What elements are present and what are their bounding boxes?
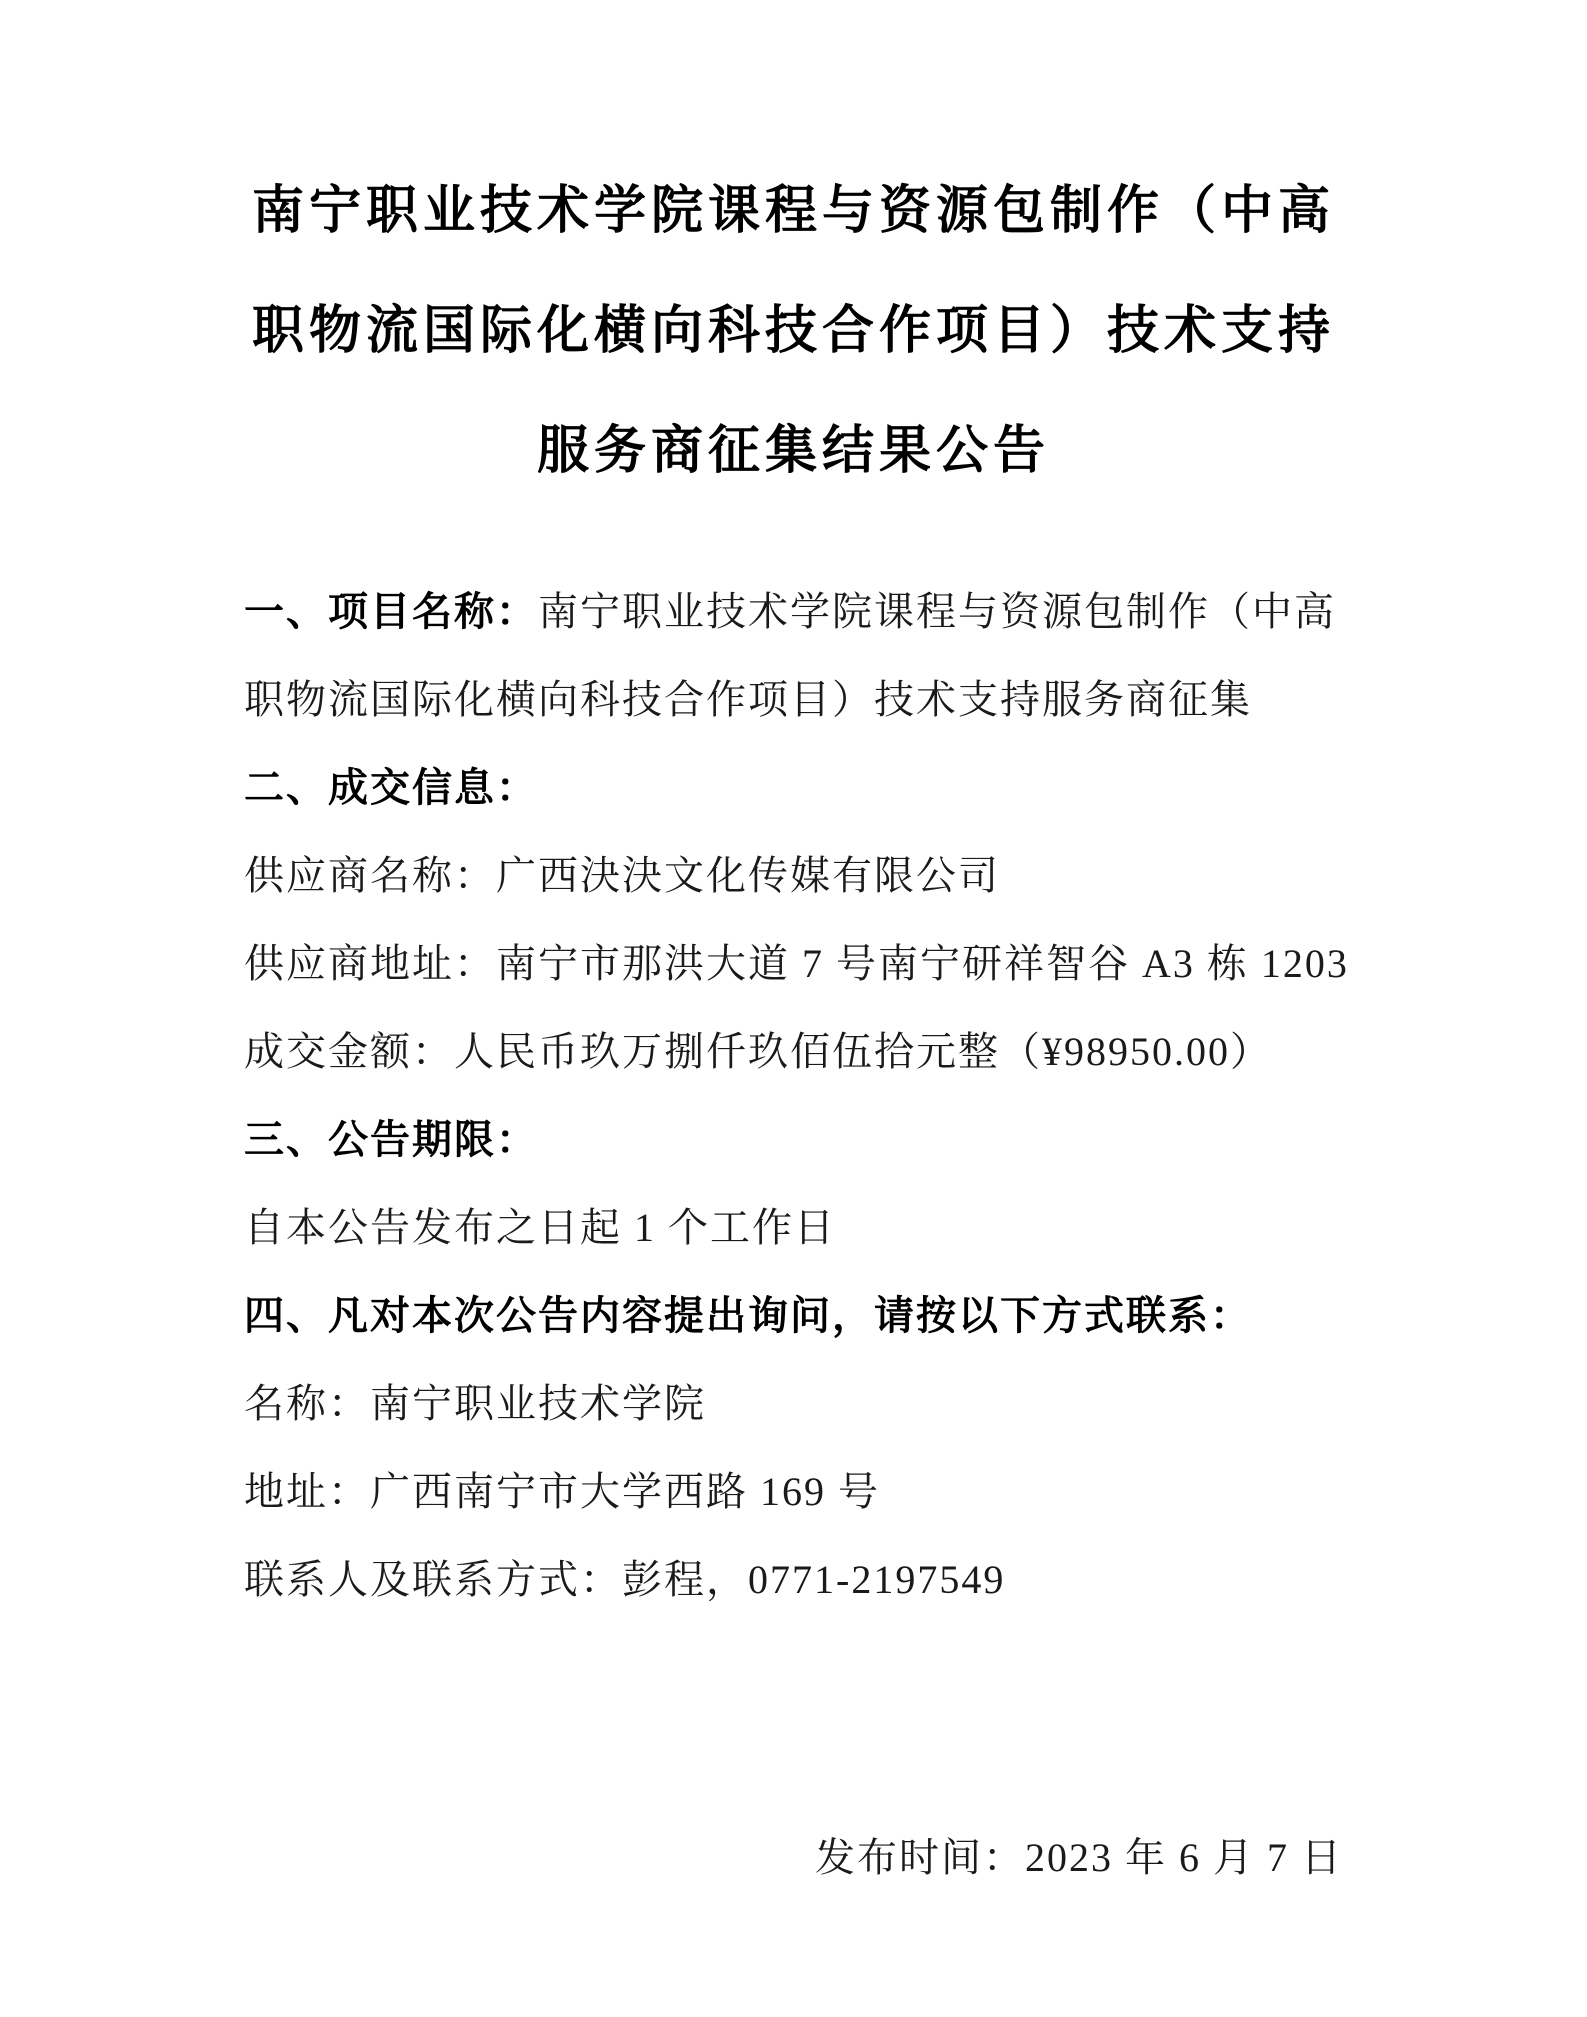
document-page: { "document": { "title_lines": [ "南宁职业技术… bbox=[0, 0, 1587, 2017]
paragraph-text: 成交金额：人民币玖万捌仟玖佰伍拾元整（¥98950.00） bbox=[244, 1029, 1272, 1074]
supplier-address-line: 供应商地址：南宁市那洪大道 7 号南宁研祥智谷 A3 栋 1203 bbox=[244, 920, 1343, 1008]
paragraph-project-name-line1: 一、项目名称：南宁职业技术学院课程与资源包制作（中高 bbox=[244, 568, 1343, 656]
section-2-label: 二、成交信息： bbox=[244, 765, 538, 810]
document-title: 南宁职业技术学院课程与资源包制作（中高 职物流国际化横向科技合作项目）技术支持 … bbox=[244, 152, 1343, 512]
contact-name-line: 名称：南宁职业技术学院 bbox=[244, 1360, 1343, 1448]
paragraph-text: 联系人及联系方式：彭程，0771-2197549 bbox=[244, 1557, 1005, 1602]
transaction-amount-line: 成交金额：人民币玖万捌仟玖佰伍拾元整（¥98950.00） bbox=[244, 1008, 1343, 1096]
section-announcement-period-heading: 三、公告期限： bbox=[244, 1096, 1343, 1184]
section-transaction-info-heading: 二、成交信息： bbox=[244, 744, 1343, 832]
title-line-3: 服务商征集结果公告 bbox=[244, 392, 1343, 512]
title-line-1: 南宁职业技术学院课程与资源包制作（中高 bbox=[244, 152, 1343, 272]
paragraph-project-name-line2: 职物流国际化横向科技合作项目）技术支持服务商征集 bbox=[244, 656, 1343, 744]
contact-address-line: 地址：广西南宁市大学西路 169 号 bbox=[244, 1448, 1343, 1536]
publish-date-line: 发布时间：2023 年 6 月 7 日 bbox=[244, 1814, 1343, 1902]
paragraph-text: 自本公告发布之日起 1 个工作日 bbox=[244, 1205, 836, 1250]
announcement-period-line: 自本公告发布之日起 1 个工作日 bbox=[244, 1184, 1343, 1272]
section-inquiry-contact-heading: 四、凡对本次公告内容提出询问，请按以下方式联系： bbox=[244, 1272, 1343, 1360]
paragraph-text: 职物流国际化横向科技合作项目）技术支持服务商征集 bbox=[244, 677, 1252, 722]
paragraph-text: 供应商地址：南宁市那洪大道 7 号南宁研祥智谷 A3 栋 1203 bbox=[244, 941, 1349, 986]
title-line-2: 职物流国际化横向科技合作项目）技术支持 bbox=[244, 272, 1343, 392]
paragraph-text: 地址：广西南宁市大学西路 169 号 bbox=[244, 1469, 880, 1514]
section-3-label: 三、公告期限： bbox=[244, 1117, 538, 1162]
section-4-label: 四、凡对本次公告内容提出询问，请按以下方式联系： bbox=[244, 1293, 1252, 1338]
section-1-label: 一、项目名称： bbox=[244, 589, 538, 634]
announcement-document: 南宁职业技术学院课程与资源包制作（中高 职物流国际化横向科技合作项目）技术支持 … bbox=[0, 0, 1587, 2017]
paragraph-text: 南宁职业技术学院课程与资源包制作（中高 bbox=[538, 589, 1336, 634]
paragraph-text: 供应商名称：广西決決文化传媒有限公司 bbox=[244, 853, 1000, 898]
document-body: 一、项目名称：南宁职业技术学院课程与资源包制作（中高 职物流国际化横向科技合作项… bbox=[244, 568, 1343, 1624]
paragraph-text: 名称：南宁职业技术学院 bbox=[244, 1381, 706, 1426]
supplier-name-line: 供应商名称：广西決決文化传媒有限公司 bbox=[244, 832, 1343, 920]
contact-person-line: 联系人及联系方式：彭程，0771-2197549 bbox=[244, 1536, 1343, 1624]
